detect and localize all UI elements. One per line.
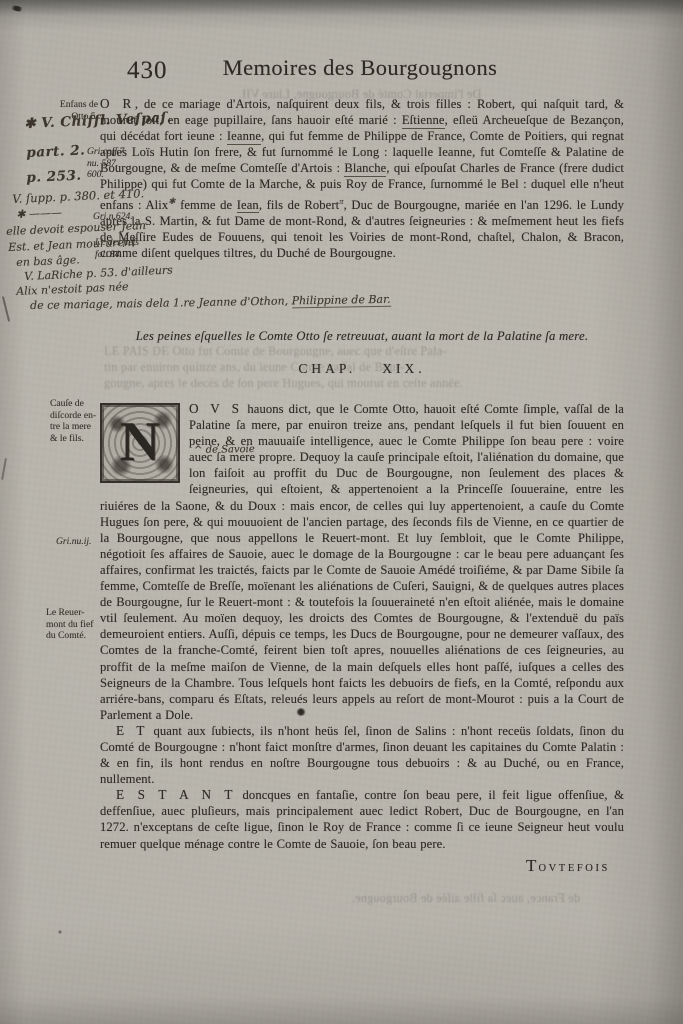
bleedthrough-line: de France, auec ſa fille aiſée de Bourgo… (250, 891, 580, 906)
opening-paragraph: O R, de ce mariage d'Artois, naſquirent … (100, 96, 624, 261)
lead-caps-estant: E S T A N T (116, 787, 236, 802)
handwritten-note-p253: p. 253. (26, 168, 82, 186)
handwritten-note-alix: Alix n'estoit pas née (16, 280, 129, 298)
chapter-paragraph-2: E T quant aux ſubiects, ils n'hont heüs … (100, 723, 624, 787)
lead-caps-et: E T (116, 723, 148, 738)
underlined-name: Eſtienne (402, 113, 445, 129)
edge-pen-mark (2, 296, 10, 322)
bleedthrough-line: gougne, apres le decés de ſon pere Hugue… (104, 376, 618, 391)
chapter-paragraph-3: E S T A N T doncques en fantaſie, contre… (100, 787, 624, 851)
edge-pen-mark (1, 458, 7, 480)
catchword: Tovtefois (100, 858, 624, 877)
underlined-name: Iean (237, 198, 259, 214)
chapter-number: XIX. (382, 361, 425, 376)
handwritten-mark: ✱ (168, 196, 175, 206)
scanned-book-page: { "page": { "number": "430", "running_ti… (0, 0, 683, 1024)
chapter-heading: CHAP.XIX. (100, 361, 624, 377)
lead-caps-ovs: O V S (189, 401, 242, 416)
chapter-label: CHAP. (298, 361, 356, 376)
text-segment: O R (100, 96, 135, 111)
running-title: Memoires des Bourgougnons (180, 55, 540, 81)
handwritten-note-star: ✱ ——— (16, 206, 62, 221)
margin-note-gri-nu: Gri.nu.ij. (56, 536, 91, 548)
ink-blot (296, 708, 306, 716)
ink-blot (10, 5, 25, 13)
ink-blot (58, 930, 62, 934)
bleedthrough-line: LE PAIS DE Otto fut Comte de Bourgougne,… (104, 344, 618, 359)
handwritten-note-bas-age: en bas âge. (16, 253, 80, 269)
chapter-body: N O V S hauons dict, que le Comte Otto, … (100, 401, 624, 877)
text-segment: femme de (176, 198, 237, 212)
handwritten-note-philippine-underlined: Philippine de Bar. (292, 293, 391, 309)
handwritten-note-mariage-text: de ce mariage, mais dela 1.re Jeanne d'O… (30, 294, 292, 312)
page-number: 430 (127, 57, 168, 85)
dropcap-initial-N: N (100, 403, 180, 483)
chapter-paragraph-1: N O V S hauons dict, que le Comte Otto, … (100, 401, 624, 723)
section-heading-italic: Les peines eſquelles le Comte Otto ſe re… (100, 329, 624, 344)
text-segment: , fils de Robert (259, 198, 339, 212)
handwritten-note-part2: part. 2. (26, 142, 86, 161)
underlined-name: Ieanne (227, 129, 261, 145)
chapter-paragraph-2-text: quant aux ſubiects, ils n'hont heüs ſel,… (100, 724, 624, 786)
underlined-name: Blanche (344, 161, 386, 177)
